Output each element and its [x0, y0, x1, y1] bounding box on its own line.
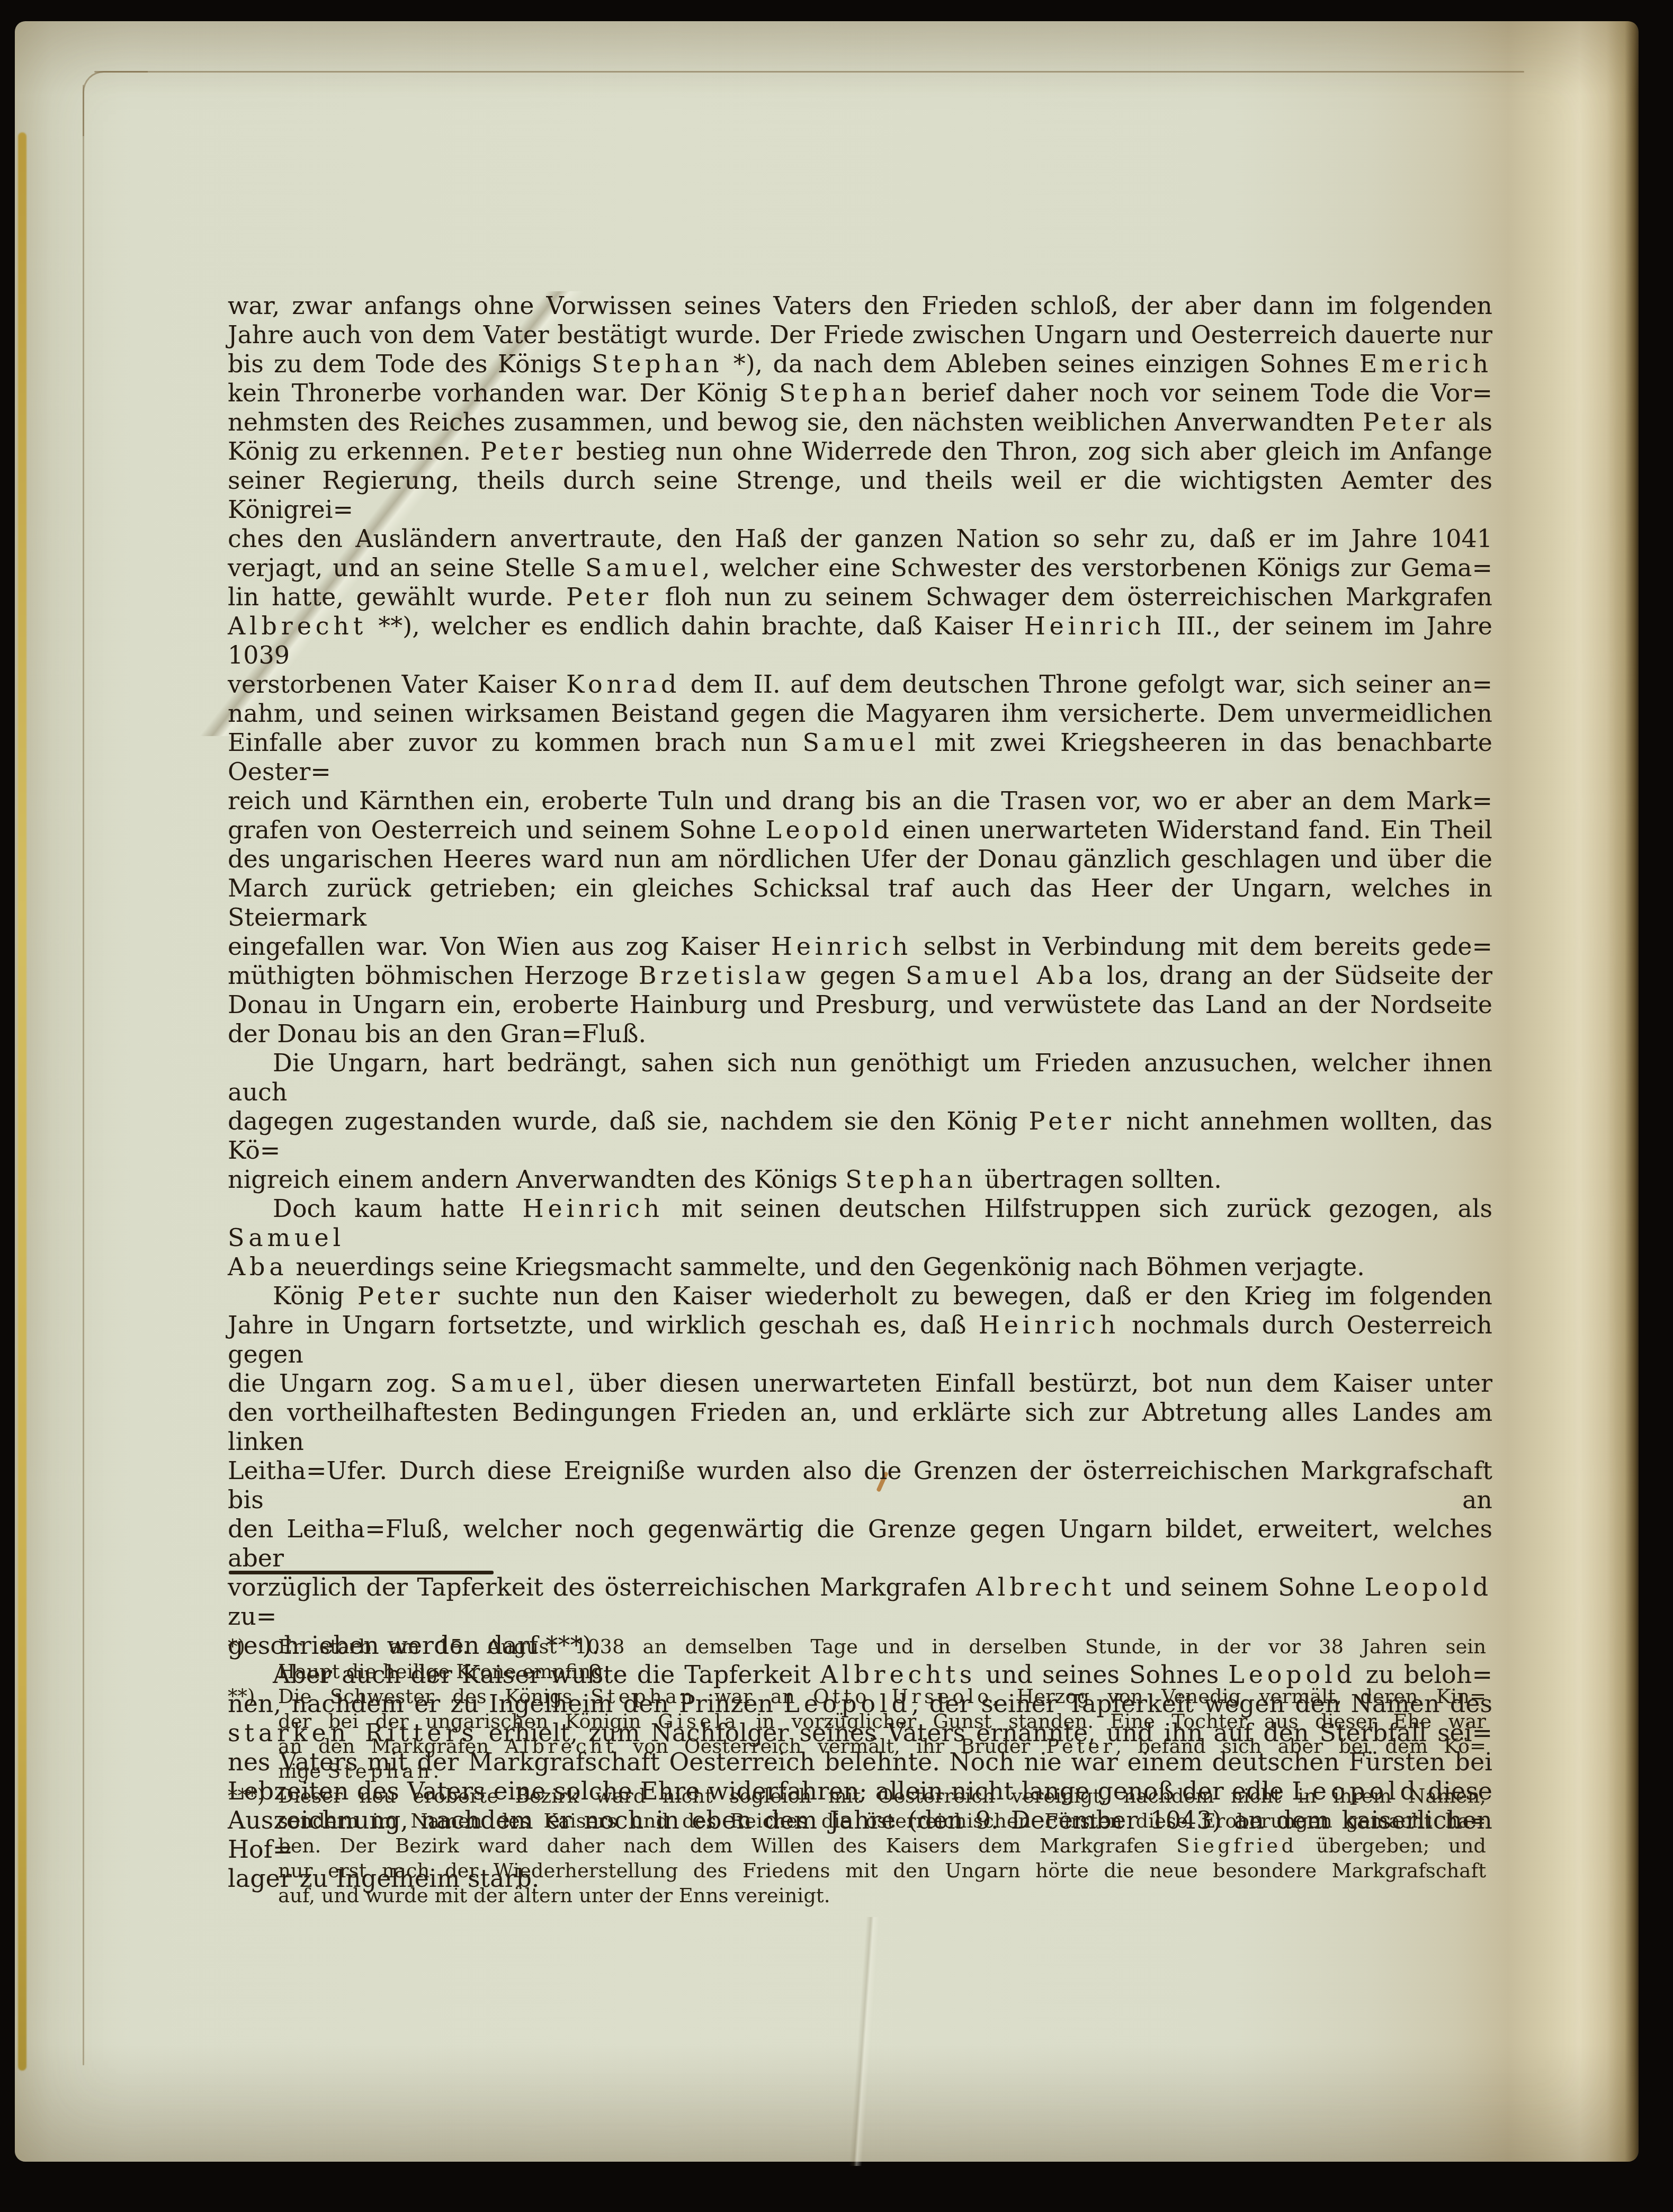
text-run: eingefallen war. Von Wien aus zog Kaiser	[228, 932, 771, 961]
text-line: nigreich einem andern Anverwandten des K…	[228, 1165, 1492, 1194]
footnote-line: nige Stephan.	[228, 1759, 1486, 1784]
text-run: ben. Der Bezirk ward daher nach dem Will…	[278, 1834, 1176, 1857]
text-line: ches den Ausländern anvertraute, den Haß…	[228, 524, 1492, 553]
paragraph: König Peter suchte nun den Kaiser wieder…	[228, 1282, 1492, 1660]
text-run: von Oesterreich vermält, ihr Bruder	[617, 1735, 1046, 1758]
text-line: lin hatte, gewählt wurde. Peter floh nun…	[228, 583, 1492, 612]
text-run: dem II. auf dem deutschen Throne gefolgt…	[681, 670, 1492, 698]
text-run: suchte nun den Kaiser wiederholt zu bewe…	[444, 1282, 1492, 1310]
text-run: Samuel	[450, 1369, 567, 1398]
text-run: Peter	[1363, 408, 1449, 436]
footnote: *)Er starb am 15. August 1038 an demselb…	[228, 1634, 1486, 1684]
text-run: Stephan	[845, 1165, 977, 1194]
text-run: Stephan	[779, 379, 910, 407]
footnote-line: nur erst nach der Wiederherstellung des …	[228, 1858, 1486, 1883]
text-line: Einfalle aber zuvor zu kommen brach nun …	[228, 728, 1492, 786]
text-run: Doch kaum hatte	[273, 1194, 523, 1223]
text-run: in vorzüglicher Gunst standen. Eine Toch…	[739, 1710, 1486, 1733]
text-run: Samuel Aba	[906, 961, 1097, 990]
text-run: Dieser neu eroberte Bezirk ward nicht so…	[278, 1785, 1486, 1807]
text-line: des ungarischen Heeres ward nun am nördl…	[228, 845, 1492, 874]
text-run: gegen	[810, 961, 906, 990]
text-line: Leitha=Ufer. Durch diese Ereigniße wurde…	[228, 1456, 1492, 1515]
text-line: eingefallen war. Von Wien aus zog Kaiser…	[228, 932, 1492, 961]
underlying-page-edge-left	[83, 85, 84, 2065]
footnote-line: *)Er starb am 15. August 1038 an demselb…	[228, 1634, 1486, 1659]
text-run: mit seinen deutschen Hilfstruppen sich z…	[664, 1194, 1492, 1223]
text-run: Peter	[357, 1282, 444, 1310]
footnote: ***)Dieser neu eroberte Bezirk ward nich…	[228, 1784, 1486, 1908]
text-line: den vortheilhaftesten Bedingungen Friede…	[228, 1398, 1492, 1456]
footnotes-block: *)Er starb am 15. August 1038 an demselb…	[228, 1634, 1486, 1908]
text-run: kein Thronerbe vorhanden war. Der König	[228, 379, 779, 407]
text-run: Stephan	[591, 1685, 696, 1708]
text-run: **), welcher es endlich dahin brachte, d…	[367, 612, 1024, 640]
text-run: Konrad	[566, 670, 681, 698]
footnote-marker: *)	[228, 1634, 278, 1659]
text-run: *), da nach dem Ableben seines einzigen …	[723, 350, 1359, 378]
text-line: grafen von Oesterreich und seinem Sohne …	[228, 816, 1492, 845]
text-run: der Donau bis an den Gran=Fluß.	[228, 1019, 646, 1048]
text-run: Heinrich	[771, 932, 912, 961]
text-run: grafen von Oesterreich und seinem Sohne	[228, 816, 765, 844]
text-run: war, zwar anfangs ohne Vorwissen seines …	[228, 291, 1492, 320]
scan-background: { "page": { "language": "German (Fraktur…	[0, 0, 1673, 2212]
footnote-marker: ***)	[228, 1784, 278, 1808]
text-run: Peter	[480, 437, 567, 465]
text-run: Stephan	[327, 1760, 433, 1783]
footnote-line: sondern im Namen des Kaisers und des Rei…	[228, 1808, 1486, 1833]
text-line: dagegen zugestanden wurde, daß sie, nach…	[228, 1107, 1492, 1165]
text-run: Leitha=Ufer. Durch diese Ereigniße wurde…	[228, 1456, 1492, 1514]
text-line: Aba neuerdings seine Kriegsmacht sammelt…	[228, 1252, 1492, 1282]
footnote-line: **)Die Schwester des Königs Stephan war …	[228, 1684, 1486, 1709]
text-line: nehmsten des Reiches zusammen, und bewog…	[228, 408, 1492, 437]
text-run: die Ungarn zog.	[228, 1369, 450, 1398]
footnote-line: ben. Der Bezirk ward daher nach dem Will…	[228, 1833, 1486, 1858]
footnote-separator-rule	[229, 1571, 494, 1574]
text-line: müthigten böhmischen Herzoge Brzetislaw …	[228, 961, 1492, 990]
text-run: , befand sich aber bei dem Kö=	[1115, 1735, 1486, 1758]
text-run: Brzetislaw	[639, 961, 810, 990]
text-run: berief daher noch vor seinem Tode die Vo…	[910, 379, 1492, 407]
text-line: Donau in Ungarn ein, eroberte Hainburg u…	[228, 990, 1492, 1019]
footnote-line: ***)Dieser neu eroberte Bezirk ward nich…	[228, 1784, 1486, 1808]
text-run: Samuel	[228, 1223, 345, 1252]
footnote-line: an den Markgrafen Albrecht von Oesterrei…	[228, 1734, 1486, 1759]
text-run: Jahre auch von dem Vater bestätigt wurde…	[228, 320, 1492, 349]
text-run: Siegfried	[1176, 1834, 1297, 1857]
text-run: König	[273, 1282, 357, 1310]
text-line: die Ungarn zog. Samuel, über diesen uner…	[228, 1369, 1492, 1398]
text-line: reich und Kärnthen ein, eroberte Tuln un…	[228, 786, 1492, 816]
text-run: Samuel	[802, 728, 919, 757]
text-line: König zu erkennen. Peter bestieg nun ohn…	[228, 437, 1492, 466]
text-run: verjagt, und an seine Stelle	[228, 553, 585, 582]
text-run: selbst in Verbindung mit dem bereits ged…	[912, 932, 1492, 961]
text-run: Aba	[228, 1252, 288, 1281]
underlying-page-edge-corner	[83, 71, 148, 136]
text-line: March zurück getrieben; ein gleiches Sch…	[228, 874, 1492, 932]
text-run: verstorbenen Vater Kaiser	[228, 670, 566, 698]
text-run: Peter	[1029, 1107, 1115, 1135]
text-run: Emerich	[1359, 350, 1492, 378]
text-run: vorzüglich der Tapferkeit des österreich…	[228, 1573, 976, 1601]
text-line: König Peter suchte nun den Kaiser wieder…	[228, 1282, 1492, 1311]
text-line: kein Thronerbe vorhanden war. Der König …	[228, 379, 1492, 408]
text-line: vorzüglich der Tapferkeit des österreich…	[228, 1573, 1492, 1631]
text-run: Die Ungarn, hart bedrängt, sahen sich nu…	[228, 1049, 1492, 1106]
text-run: Stephan	[592, 350, 723, 378]
text-run: March zurück getrieben; ein gleiches Sch…	[228, 874, 1492, 932]
text-run: , Herzog von Venedig vermält, deren Kin=	[992, 1685, 1486, 1708]
text-run: Leopold	[765, 816, 893, 844]
text-run: Die Schwester des Königs	[278, 1685, 591, 1708]
text-line: verstorbenen Vater Kaiser Konrad dem II.…	[228, 670, 1492, 699]
text-run: einen unerwarteten Widerstand fand. Ein …	[893, 816, 1492, 844]
text-run: floh nun zu seinem Schwager dem österrei…	[652, 583, 1492, 611]
text-run: bis zu dem Tode des Königs	[228, 350, 592, 378]
paragraph: Die Ungarn, hart bedrängt, sahen sich nu…	[228, 1049, 1492, 1194]
text-run: übergeben; und	[1297, 1834, 1486, 1857]
text-run: nehmsten des Reiches zusammen, und bewog…	[228, 408, 1363, 436]
text-run: Haupt die heilige Krone empfing.	[278, 1660, 610, 1683]
text-run: Albrecht	[228, 612, 367, 640]
text-run: seiner Regierung, theils durch seine Str…	[228, 466, 1492, 524]
paragraph: war, zwar anfangs ohne Vorwissen seines …	[228, 291, 1492, 1049]
text-run: Albrecht	[976, 1573, 1115, 1601]
text-run: neuerdings seine Kriegsmacht sammelte, u…	[288, 1252, 1365, 1281]
text-run: , über diesen unerwarteten Einfall bestü…	[567, 1369, 1492, 1398]
paragraph: Doch kaum hatte Heinrich mit seinen deut…	[228, 1194, 1492, 1282]
text-run: zu=	[228, 1602, 276, 1631]
underlying-page-edge-top	[94, 71, 1524, 73]
footnote-line: der bei der ungarischen Königin Gisela i…	[228, 1709, 1486, 1734]
text-run: Heinrich	[1024, 612, 1165, 640]
text-line: Jahre auch von dem Vater bestätigt wurde…	[228, 320, 1492, 350]
footnote-line: auf, und wurde mit der ältern unter der …	[228, 1883, 1486, 1908]
footnote-line: Haupt die heilige Krone empfing.	[228, 1659, 1486, 1684]
text-line: der Donau bis an den Gran=Fluß.	[228, 1019, 1492, 1049]
text-run: Heinrich	[523, 1194, 664, 1223]
text-line: Albrecht **), welcher es endlich dahin b…	[228, 612, 1492, 670]
text-run: Er starb am 15. August 1038 an demselben…	[278, 1635, 1486, 1658]
text-line: bis zu dem Tode des Königs Stephan *), d…	[228, 350, 1492, 379]
text-line: seiner Regierung, theils durch seine Str…	[228, 466, 1492, 524]
text-run: auf, und wurde mit der ältern unter der …	[278, 1884, 830, 1907]
text-run: Peter	[566, 583, 652, 611]
text-run: reich und Kärnthen ein, eroberte Tuln un…	[228, 786, 1492, 815]
text-run: Donau in Ungarn ein, eroberte Hainburg u…	[228, 990, 1492, 1019]
text-line: nahm, und seinen wirksamen Beistand gege…	[228, 699, 1492, 728]
text-line: den Leitha=Fluß, welcher noch gegenwärti…	[228, 1515, 1492, 1573]
text-run: Peter	[1046, 1735, 1115, 1758]
page-edge-yellow-strip	[18, 132, 26, 2071]
text-run: und seinem Sohne	[1115, 1573, 1365, 1601]
text-run: Gisela	[658, 1710, 739, 1733]
text-run: Einfalle aber zuvor zu kommen brach nun	[228, 728, 802, 757]
text-run: los, drang an der Südseite der	[1097, 961, 1492, 990]
text-run: sondern im Namen des Kaisers und des Rei…	[278, 1810, 1486, 1832]
text-run: nahm, und seinen wirksamen Beistand gege…	[228, 699, 1492, 728]
text-run: König zu erkennen.	[228, 437, 480, 465]
text-line: Jahre in Ungarn fortsetzte, und wirklich…	[228, 1311, 1492, 1369]
text-run: der bei der ungarischen Königin	[278, 1710, 658, 1733]
text-line: Die Ungarn, hart bedrängt, sahen sich nu…	[228, 1049, 1492, 1107]
text-run: Samuel	[585, 553, 702, 582]
text-run: nige	[278, 1760, 327, 1783]
text-run: als	[1449, 408, 1492, 436]
text-run: des ungarischen Heeres ward nun am nördl…	[228, 845, 1492, 873]
text-run: war an	[696, 1685, 813, 1708]
text-run: Otto Urseolo	[813, 1685, 992, 1708]
footnote: **)Die Schwester des Königs Stephan war …	[228, 1684, 1486, 1784]
text-line: war, zwar anfangs ohne Vorwissen seines …	[228, 291, 1492, 320]
text-run: Albrecht	[505, 1735, 617, 1758]
text-run: bestieg nun ohne Widerrede den Thron, zo…	[567, 437, 1492, 465]
text-run: , welcher eine Schwester des verstorbene…	[702, 553, 1492, 582]
text-run: ches den Ausländern anvertraute, den Haß…	[228, 524, 1492, 553]
text-run: .	[433, 1760, 440, 1783]
text-run: übertragen sollten.	[977, 1165, 1221, 1194]
text-run: lin hatte, gewählt wurde.	[228, 583, 566, 611]
text-run: nigreich einem andern Anverwandten des K…	[228, 1165, 845, 1194]
text-run: nur erst nach der Wiederherstellung des …	[278, 1859, 1486, 1882]
text-run: dagegen zugestanden wurde, daß sie, nach…	[228, 1107, 1029, 1135]
text-run: Jahre in Ungarn fortsetzte, und wirklich…	[228, 1311, 979, 1339]
text-run: den Leitha=Fluß, welcher noch gegenwärti…	[228, 1515, 1492, 1572]
text-run: Heinrich	[979, 1311, 1120, 1339]
footnote-marker: **)	[228, 1684, 278, 1709]
text-run: den vortheilhaftesten Bedingungen Friede…	[228, 1398, 1492, 1456]
text-run: an den Markgrafen	[278, 1735, 505, 1758]
text-run: Leopold	[1364, 1573, 1492, 1601]
text-line: Doch kaum hatte Heinrich mit seinen deut…	[228, 1194, 1492, 1252]
text-run: müthigten böhmischen Herzoge	[228, 961, 639, 990]
text-line: verjagt, und an seine Stelle Samuel, wel…	[228, 553, 1492, 583]
